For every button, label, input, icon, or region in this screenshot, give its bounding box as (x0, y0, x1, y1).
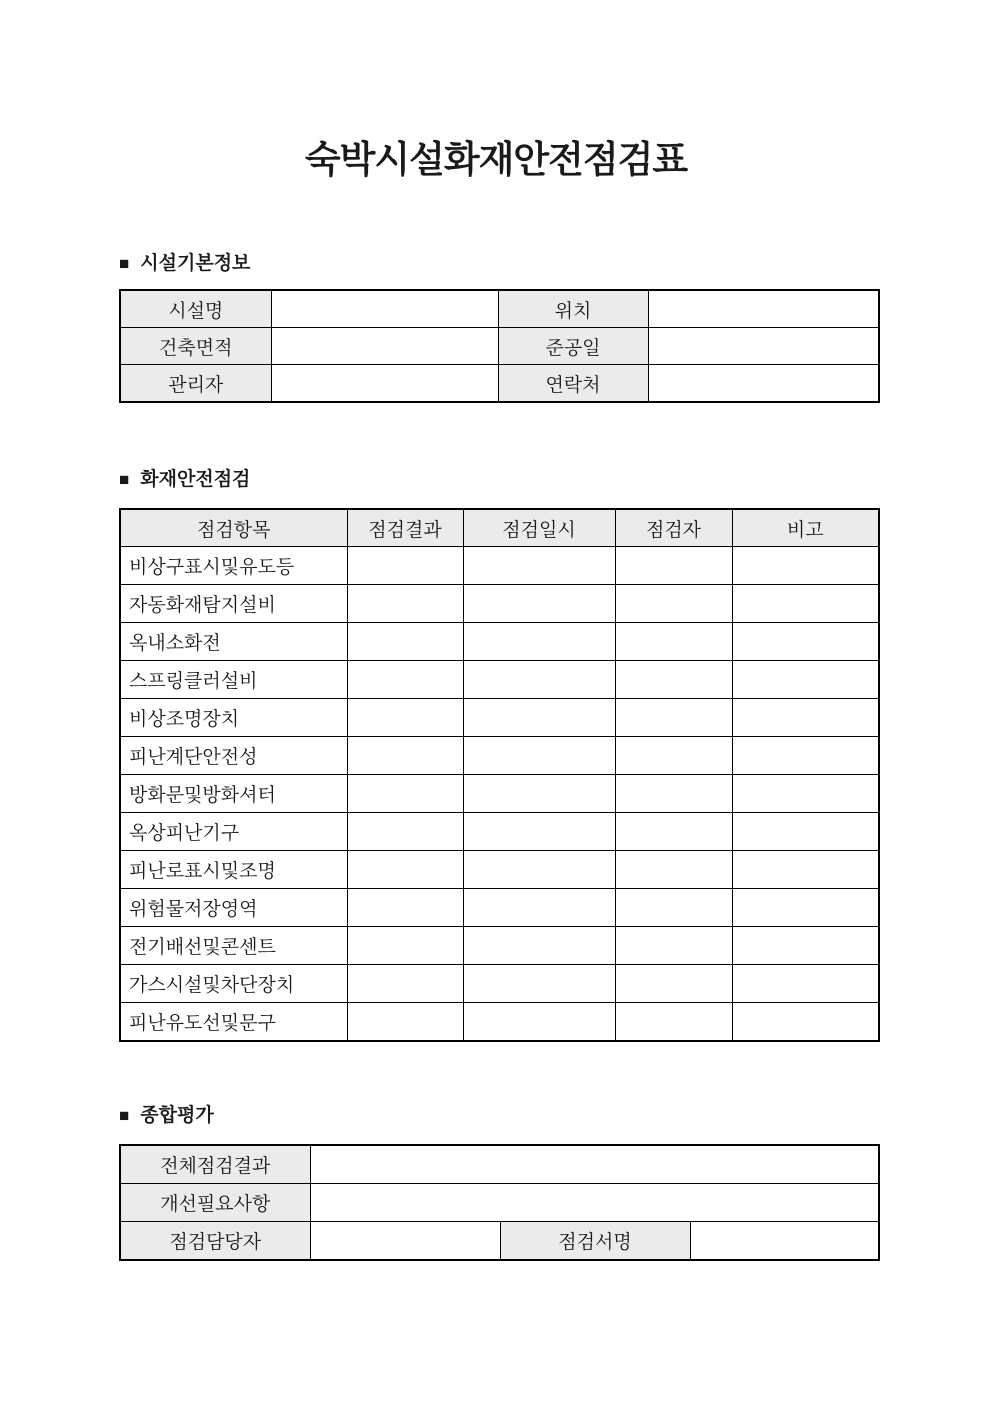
field-value-building-area (271, 328, 498, 365)
field-value-overall-result (310, 1145, 879, 1184)
inspector-cell (615, 851, 732, 889)
field-label-building-area: 건축면적 (120, 328, 271, 365)
inspection-item-name: 옥내소화전 (120, 623, 347, 661)
field-value-contact (648, 365, 879, 403)
section-heading-text: 종합평가 (140, 1105, 213, 1127)
note-cell (732, 585, 879, 623)
column-header-item: 점검항목 (120, 509, 347, 547)
result-cell (347, 1003, 463, 1042)
result-cell (347, 585, 463, 623)
note-cell (732, 737, 879, 775)
inspector-cell (615, 775, 732, 813)
column-header-inspector: 점검자 (615, 509, 732, 547)
note-cell (732, 927, 879, 965)
result-cell (347, 927, 463, 965)
result-cell (347, 775, 463, 813)
inspection-row: 자동화재탐지설비 (120, 585, 879, 623)
column-header-result: 점검결과 (347, 509, 463, 547)
inspection-row: 스프링클러설비 (120, 661, 879, 699)
inspection-item-name: 피난유도선및문구 (120, 1003, 347, 1042)
inspection-row: 비상조명장치 (120, 699, 879, 737)
result-cell (347, 965, 463, 1003)
result-cell (347, 661, 463, 699)
inspection-item-name: 비상조명장치 (120, 699, 347, 737)
inspector-cell (615, 1003, 732, 1042)
datetime-cell (463, 737, 615, 775)
note-cell (732, 1003, 879, 1042)
datetime-cell (463, 813, 615, 851)
inspection-row: 전기배선및콘센트 (120, 927, 879, 965)
column-header-note: 비고 (732, 509, 879, 547)
table-header-row: 점검항목 점검결과 점검일시 점검자 비고 (120, 509, 879, 547)
inspection-row: 비상구표시및유도등 (120, 547, 879, 585)
column-header-datetime: 점검일시 (463, 509, 615, 547)
field-label-inspection-signature: 점검서명 (500, 1222, 690, 1261)
inspector-cell (615, 623, 732, 661)
field-value-facility-name (271, 290, 498, 328)
field-value-manager (271, 365, 498, 403)
section-heading-text: 화재안전점검 (140, 469, 250, 491)
datetime-cell (463, 699, 615, 737)
result-cell (347, 547, 463, 585)
inspection-row: 위험물저장영역 (120, 889, 879, 927)
inspection-item-name: 스프링클러설비 (120, 661, 347, 699)
note-cell (732, 775, 879, 813)
field-label-manager: 관리자 (120, 365, 271, 403)
inspection-item-name: 위험물저장영역 (120, 889, 347, 927)
field-label-inspector-in-charge: 점검담당자 (120, 1222, 310, 1261)
datetime-cell (463, 623, 615, 661)
section-bullet-icon: ■ (119, 253, 129, 275)
table-row: 관리자 연락처 (120, 365, 879, 403)
overall-evaluation-table: 전체점검결과 개선필요사항 점검담당자 점검서명 (119, 1144, 880, 1261)
inspection-row: 피난로표시및조명 (120, 851, 879, 889)
inspection-item-name: 비상구표시및유도등 (120, 547, 347, 585)
note-cell (732, 851, 879, 889)
section-heading-overall-evaluation: ■ 종합평가 (119, 1105, 214, 1127)
inspector-cell (615, 813, 732, 851)
inspection-item-name: 피난계단안전성 (120, 737, 347, 775)
result-cell (347, 813, 463, 851)
table-row: 전체점검결과 (120, 1145, 879, 1184)
field-label-overall-result: 전체점검결과 (120, 1145, 310, 1184)
section-bullet-icon: ■ (119, 469, 129, 491)
datetime-cell (463, 1003, 615, 1042)
inspector-cell (615, 661, 732, 699)
inspection-item-name: 전기배선및콘센트 (120, 927, 347, 965)
inspection-row: 가스시설및차단장치 (120, 965, 879, 1003)
inspection-item-name: 피난로표시및조명 (120, 851, 347, 889)
field-value-inspection-signature (690, 1222, 879, 1261)
inspection-row: 옥내소화전 (120, 623, 879, 661)
result-cell (347, 623, 463, 661)
field-label-facility-name: 시설명 (120, 290, 271, 328)
section-heading-facility-info: ■ 시설기본정보 (119, 253, 250, 275)
inspection-row: 피난유도선및문구 (120, 1003, 879, 1042)
note-cell (732, 965, 879, 1003)
table-row: 점검담당자 점검서명 (120, 1222, 879, 1261)
inspection-item-name: 가스시설및차단장치 (120, 965, 347, 1003)
datetime-cell (463, 547, 615, 585)
fire-inspection-table: 점검항목 점검결과 점검일시 점검자 비고 비상구표시및유도등 자동화재탐지설비 (119, 508, 880, 1042)
inspector-cell (615, 965, 732, 1003)
field-value-completion-date (648, 328, 879, 365)
note-cell (732, 813, 879, 851)
note-cell (732, 623, 879, 661)
inspection-row: 방화문및방화셔터 (120, 775, 879, 813)
note-cell (732, 661, 879, 699)
field-label-completion-date: 준공일 (498, 328, 648, 365)
table-row: 개선필요사항 (120, 1184, 879, 1222)
datetime-cell (463, 851, 615, 889)
inspector-cell (615, 699, 732, 737)
datetime-cell (463, 775, 615, 813)
inspector-cell (615, 889, 732, 927)
datetime-cell (463, 585, 615, 623)
field-label-location: 위치 (498, 290, 648, 328)
datetime-cell (463, 927, 615, 965)
inspection-item-name: 옥상피난기구 (120, 813, 347, 851)
result-cell (347, 851, 463, 889)
result-cell (347, 699, 463, 737)
inspector-cell (615, 737, 732, 775)
note-cell (732, 699, 879, 737)
note-cell (732, 889, 879, 927)
inspection-row: 피난계단안전성 (120, 737, 879, 775)
inspection-row: 옥상피난기구 (120, 813, 879, 851)
table-row: 시설명 위치 (120, 290, 879, 328)
table-row: 건축면적 준공일 (120, 328, 879, 365)
field-label-contact: 연락처 (498, 365, 648, 403)
facility-info-table: 시설명 위치 건축면적 준공일 관리자 연락처 (119, 289, 880, 403)
section-heading-fire-inspection: ■ 화재안전점검 (119, 469, 250, 491)
inspector-cell (615, 547, 732, 585)
field-label-improvements: 개선필요사항 (120, 1184, 310, 1222)
inspector-cell (615, 585, 732, 623)
note-cell (732, 547, 879, 585)
field-value-location (648, 290, 879, 328)
inspection-item-name: 자동화재탐지설비 (120, 585, 347, 623)
inspection-item-name: 방화문및방화셔터 (120, 775, 347, 813)
document-page: 숙박시설화재안전점검표 ■ 시설기본정보 시설명 위치 건축면적 준공일 관리자 (0, 0, 992, 1403)
inspector-cell (615, 927, 732, 965)
field-value-improvements (310, 1184, 879, 1222)
result-cell (347, 737, 463, 775)
datetime-cell (463, 889, 615, 927)
result-cell (347, 889, 463, 927)
datetime-cell (463, 661, 615, 699)
datetime-cell (463, 965, 615, 1003)
field-value-inspector-in-charge (310, 1222, 500, 1261)
section-bullet-icon: ■ (119, 1105, 129, 1127)
section-heading-text: 시설기본정보 (140, 253, 250, 275)
page-title: 숙박시설화재안전점검표 (0, 129, 992, 183)
